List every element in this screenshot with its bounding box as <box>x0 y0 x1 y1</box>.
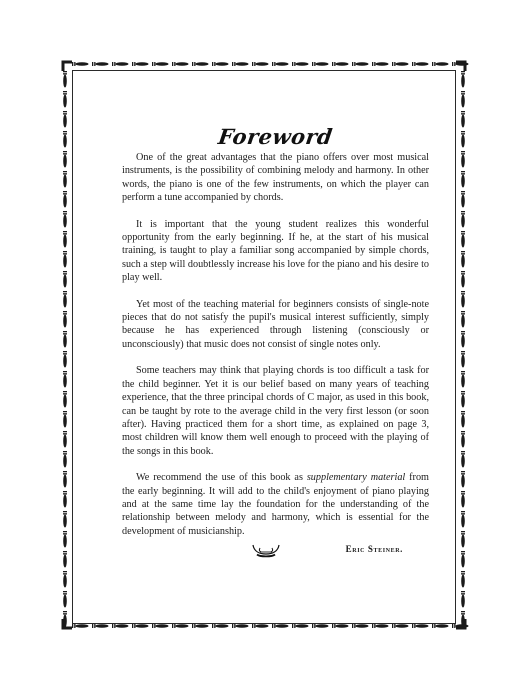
paragraph-text: It is important that the young student r… <box>122 219 429 284</box>
paragraph-text: Some teachers may think that playing cho… <box>122 365 429 456</box>
paragraph-3: Yet most of the teaching material for be… <box>122 298 429 352</box>
paragraph-text: We recommend the use of this book as <box>136 472 307 483</box>
page-title: Foreword <box>120 124 431 149</box>
paragraph-5: We recommend the use of this book as sup… <box>122 471 429 538</box>
emphasized-phrase: supplementary material <box>307 472 405 483</box>
paragraph-text: One of the great advantages that the pia… <box>122 152 429 203</box>
paragraph-text: Yet most of the teaching material for be… <box>122 299 429 350</box>
fleuron-ornament-icon <box>251 542 281 558</box>
paragraph-2: It is important that the young student r… <box>122 218 429 285</box>
paragraph-4: Some teachers may think that playing cho… <box>122 364 429 458</box>
foreword-content: Foreword One of the great advantages tha… <box>122 124 429 554</box>
paragraph-1: One of the great advantages that the pia… <box>122 151 429 205</box>
